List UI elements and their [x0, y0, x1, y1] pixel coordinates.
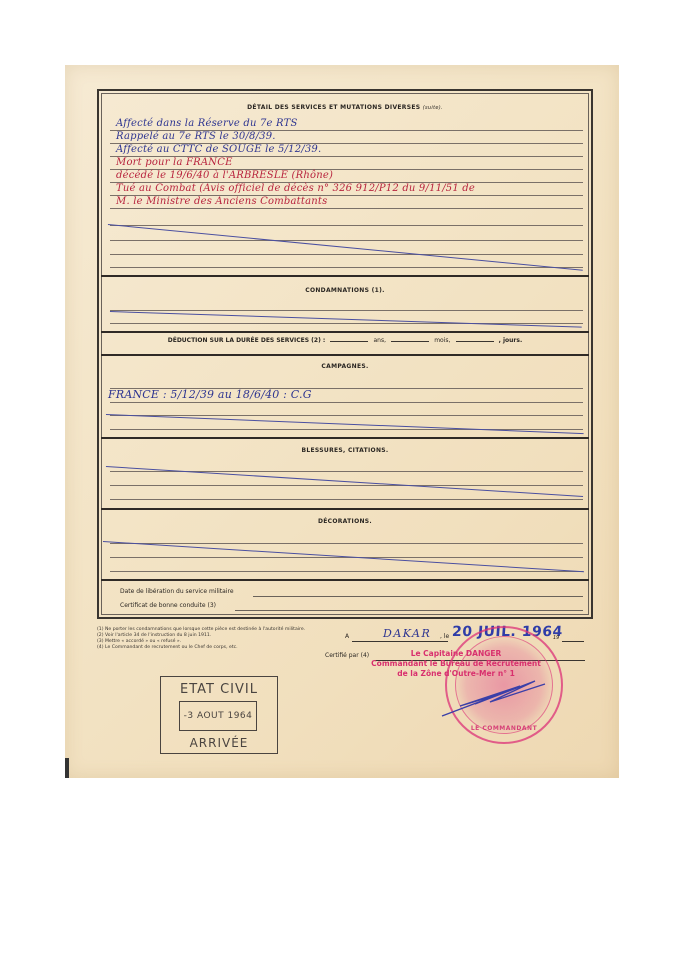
service-entry: décédé le 19/6/40 à l'ARBRESLE (Rhône): [116, 170, 333, 181]
year-blank: [562, 641, 584, 642]
place-prefix: A: [345, 633, 349, 640]
seal-text: LE COMMANDANT: [447, 725, 561, 732]
service-entry: M. le Ministre des Anciens Combattants: [116, 196, 327, 207]
services-title: DÉTAIL DES SERVICES ET MUTATIONS DIVERSE…: [247, 104, 420, 111]
section-divider: [101, 354, 589, 356]
stamp-status: ARRIVÉE: [161, 736, 277, 750]
service-entry: Affecté dans la Réserve du 7e RTS: [116, 118, 298, 129]
section-divider: [101, 508, 589, 510]
ruled-line: [110, 240, 583, 241]
signer-line: Le Capitaine DANGER: [356, 649, 556, 659]
stamp-date: -3 AOUT 1964: [179, 701, 257, 731]
date-liberation-blank: [253, 596, 583, 597]
campaign-entry: FRANCE : 5/12/39 au 18/6/40 : C.G: [108, 388, 312, 401]
etat-civil-stamp: ETAT CIVIL -3 AOUT 1964 ARRIVÉE: [160, 676, 278, 754]
footnote: (4) Le Commandant de recrutement ou le C…: [97, 645, 327, 651]
signature-scribble: [440, 676, 550, 721]
certificat-blank: [235, 610, 583, 611]
ruled-line: [110, 225, 583, 226]
ruled-line: [110, 254, 583, 255]
service-entry: Tué au Combat (Avis officiel de décès n°…: [116, 183, 475, 194]
deduction-days-unit: , jours.: [499, 337, 523, 344]
services-heading: DÉTAIL DES SERVICES ET MUTATIONS DIVERSE…: [101, 104, 589, 111]
service-entry: Mort pour la FRANCE: [116, 157, 233, 168]
place-value: DAKAR: [383, 627, 431, 640]
ruled-line: [110, 267, 583, 268]
deduction-years-blank: [330, 341, 368, 342]
decorations-heading: DÉCORATIONS.: [101, 518, 589, 525]
signer-line: Commandant le Bureau de Recrutement: [356, 659, 556, 669]
certificat-label: Certificat de bonne conduite (3): [120, 602, 216, 609]
date-prefix: , le: [440, 633, 449, 640]
ruled-line: [110, 208, 583, 209]
deduction-months-blank: [391, 341, 429, 342]
ruled-line: [110, 310, 583, 311]
footnotes: (1) Ne porter les condamnations que lors…: [97, 627, 327, 651]
blessures-heading: BLESSURES, CITATIONS.: [101, 447, 589, 454]
deduction-label: DÉDUCTION SUR LA DURÉE DES SERVICES (2) …: [168, 337, 326, 344]
section-divider: [101, 579, 589, 581]
deduction-days-blank: [456, 341, 494, 342]
campagnes-heading: CAMPAGNES.: [101, 363, 589, 370]
section-divider: [101, 331, 589, 333]
ruled-line: [110, 402, 583, 403]
ruled-line: [110, 571, 583, 572]
stamp-title: ETAT CIVIL: [161, 682, 277, 697]
deduction-row: DÉDUCTION SUR LA DURÉE DES SERVICES (2) …: [101, 337, 589, 344]
ruled-line: [110, 543, 583, 544]
signer-block: Le Capitaine DANGER Commandant le Bureau…: [356, 649, 556, 679]
ruled-line: [110, 499, 583, 500]
service-entry: Affecté au CTTC de SOUGE le 5/12/39.: [116, 144, 321, 155]
deduction-months-unit: mois,: [434, 337, 450, 344]
place-blank: [352, 641, 448, 642]
service-entry: Rappelé au 7e RTS le 30/8/39.: [116, 131, 276, 142]
ruled-line: [110, 415, 583, 416]
section-divider: [101, 275, 589, 277]
section-divider: [101, 437, 589, 439]
year-suffix: 19: [553, 635, 559, 641]
ruled-line: [110, 485, 583, 486]
deduction-years-unit: ans,: [374, 337, 387, 344]
date-liberation-label: Date de libération du service militaire: [120, 588, 234, 595]
condamnations-heading: CONDAMNATIONS (1).: [101, 287, 589, 294]
services-suffix: (suite).: [423, 105, 443, 111]
